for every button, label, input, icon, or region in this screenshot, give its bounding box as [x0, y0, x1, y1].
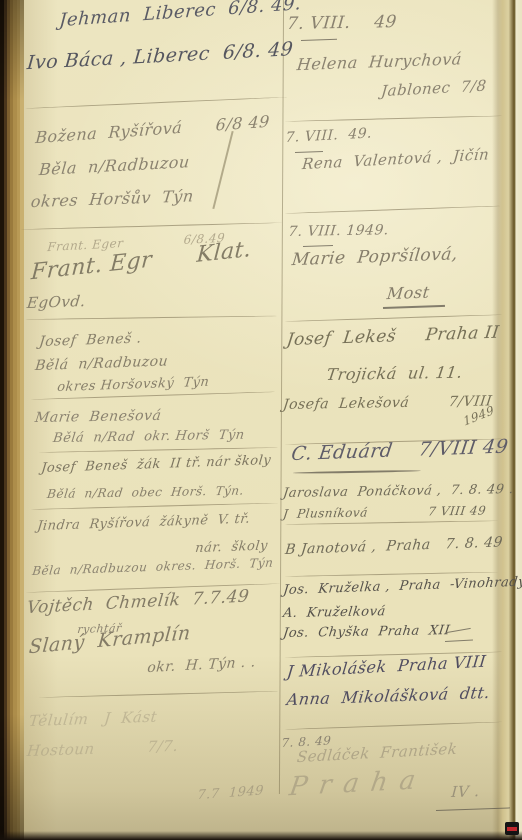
handwriting-right-0-line-1: Helena Hurychová: [296, 49, 463, 74]
handwriting-left-9-line-1: Hostoun 7/7.: [26, 737, 179, 760]
page-bottom-edge: [0, 831, 522, 840]
handwriting-right-3-line-0: Josef Lekeš Praha II: [286, 323, 501, 351]
handwriting-right-1-line-0: 7. VIII. 49.: [285, 125, 372, 146]
handwriting-left-3-line-2: EgOvd.: [26, 292, 87, 312]
handwriting-right-5-line-0: Jaroslava Ponáčková , 7. 8. 49 .: [282, 482, 514, 501]
handwriting-right-1-line-1: Rena Valentová , Jičín: [301, 145, 490, 173]
ruled-separator-line: [30, 503, 278, 510]
page-fold-edge: [492, 0, 522, 840]
ruled-separator-line: [25, 97, 287, 109]
underline-stroke: [295, 151, 323, 153]
handwriting-right-8-line-1: Anna Mikolášková dtt.: [286, 683, 492, 709]
handwriting-left-5-line-1: Bělá n/Rad okr. Horš Týn: [52, 428, 245, 446]
handwriting-left-7-line-0: Jindra Ryšířová žákyně V. tř.: [36, 512, 251, 535]
handwriting-left-4-line-1: Bělá n/Radbuzou: [34, 353, 169, 374]
handwriting-left-5-line-0: Marie Benešová: [34, 408, 162, 426]
handwriting-left-7-line-1: nár. školy: [194, 538, 268, 556]
handwriting-right-2-line-0: 7. VIII. 1949.: [288, 222, 390, 240]
ruled-separator-line: [284, 205, 500, 214]
guestbook-page: Jehman Liberec 6/8. 49. Ivo Báca , Liber…: [0, 0, 522, 840]
ruled-separator-line: [38, 691, 278, 698]
handwriting-left-1-line-0: Ivo Báca , Liberec 6/8. 49: [26, 38, 294, 74]
ruled-separator-line: [284, 314, 502, 322]
strike-stroke: [447, 628, 471, 633]
ruled-separator-line: [25, 315, 277, 320]
handwriting-left-2-line-2: okres Horšův Týn: [30, 186, 195, 211]
slash-stroke: [212, 131, 233, 209]
handwriting-right-6-line-0: B Janotová , Praha 7. 8. 49: [284, 534, 503, 558]
ruled-separator-line: [284, 520, 498, 525]
handwriting-left-6-line-1: Bělá n/Rad obec Horš. Týn.: [46, 484, 245, 501]
handwriting-right-3-line-2: Josefa Lekešová 7/VIII: [282, 393, 493, 413]
underline-stroke: [293, 470, 421, 474]
handwriting-right-7-line-1: A. Kruželková: [282, 604, 386, 621]
handwriting-right-9-line-2: Praha: [287, 765, 429, 802]
underline-stroke: [383, 305, 445, 309]
handwriting-right-2-line-2: Most: [386, 283, 431, 304]
handwriting-right-0-line-2: Jablonec 7/8: [380, 76, 487, 100]
watermark-logo-icon: [505, 822, 519, 835]
handwriting-right-2-line-1: Marie Popršílová,: [291, 244, 459, 270]
ruled-separator-line: [284, 721, 502, 730]
handwriting-left-4-line-2: okres Horšovský Týn: [56, 375, 210, 395]
underline-stroke: [445, 640, 473, 642]
handwriting-right-5-line-1: J Plusníková 7 VIII 49: [282, 503, 487, 521]
handwriting-right-7-line-0: Jos. Kruželka , Praha -Vinohrady: [282, 575, 522, 599]
book-spine-edge: [0, 0, 24, 840]
handwriting-left-2-line-0: Božena Ryšířová 6/8 49: [35, 112, 271, 148]
handwriting-left-0-line-0: Jehman Liberec 6/8. 49.: [59, 0, 302, 31]
handwriting-left-2-line-1: Běla n/Radbuzou: [38, 152, 190, 179]
handwriting-left-8-line-3: okr. H. Týn . .: [147, 654, 257, 676]
underline-stroke: [301, 39, 337, 41]
handwriting-left-6-line-0: Josef Beneš žák II tř. nár školy: [40, 453, 271, 476]
handwriting-left-9-line-0: Tělulím J Kást: [28, 708, 158, 731]
underline-stroke: [303, 245, 333, 247]
handwriting-left-9-line-2: 7.7 1949: [197, 783, 264, 803]
ruled-separator-line: [38, 447, 278, 453]
handwriting-right-9-line-3: IV .: [451, 782, 481, 801]
ruled-separator-line: [20, 222, 282, 230]
ruled-separator-line: [284, 115, 502, 122]
handwriting-left-4-line-0: Josef Beneš .: [38, 330, 142, 350]
handwriting-right-0-line-0: 7. VIII. 49: [286, 12, 397, 34]
handwriting-right-3-line-1: Trojická ul. 11.: [325, 363, 464, 384]
handwriting-left-7-line-2: Běla n/Radbuzou okres. Horš. Týn: [32, 556, 275, 578]
watermark-red-bar: [507, 827, 517, 831]
handwriting-right-7-line-2: Jos. Chyška Praha XII: [282, 623, 451, 641]
handwriting-right-4-line-0: C. Eduárd 7/VIII 49: [290, 435, 510, 465]
